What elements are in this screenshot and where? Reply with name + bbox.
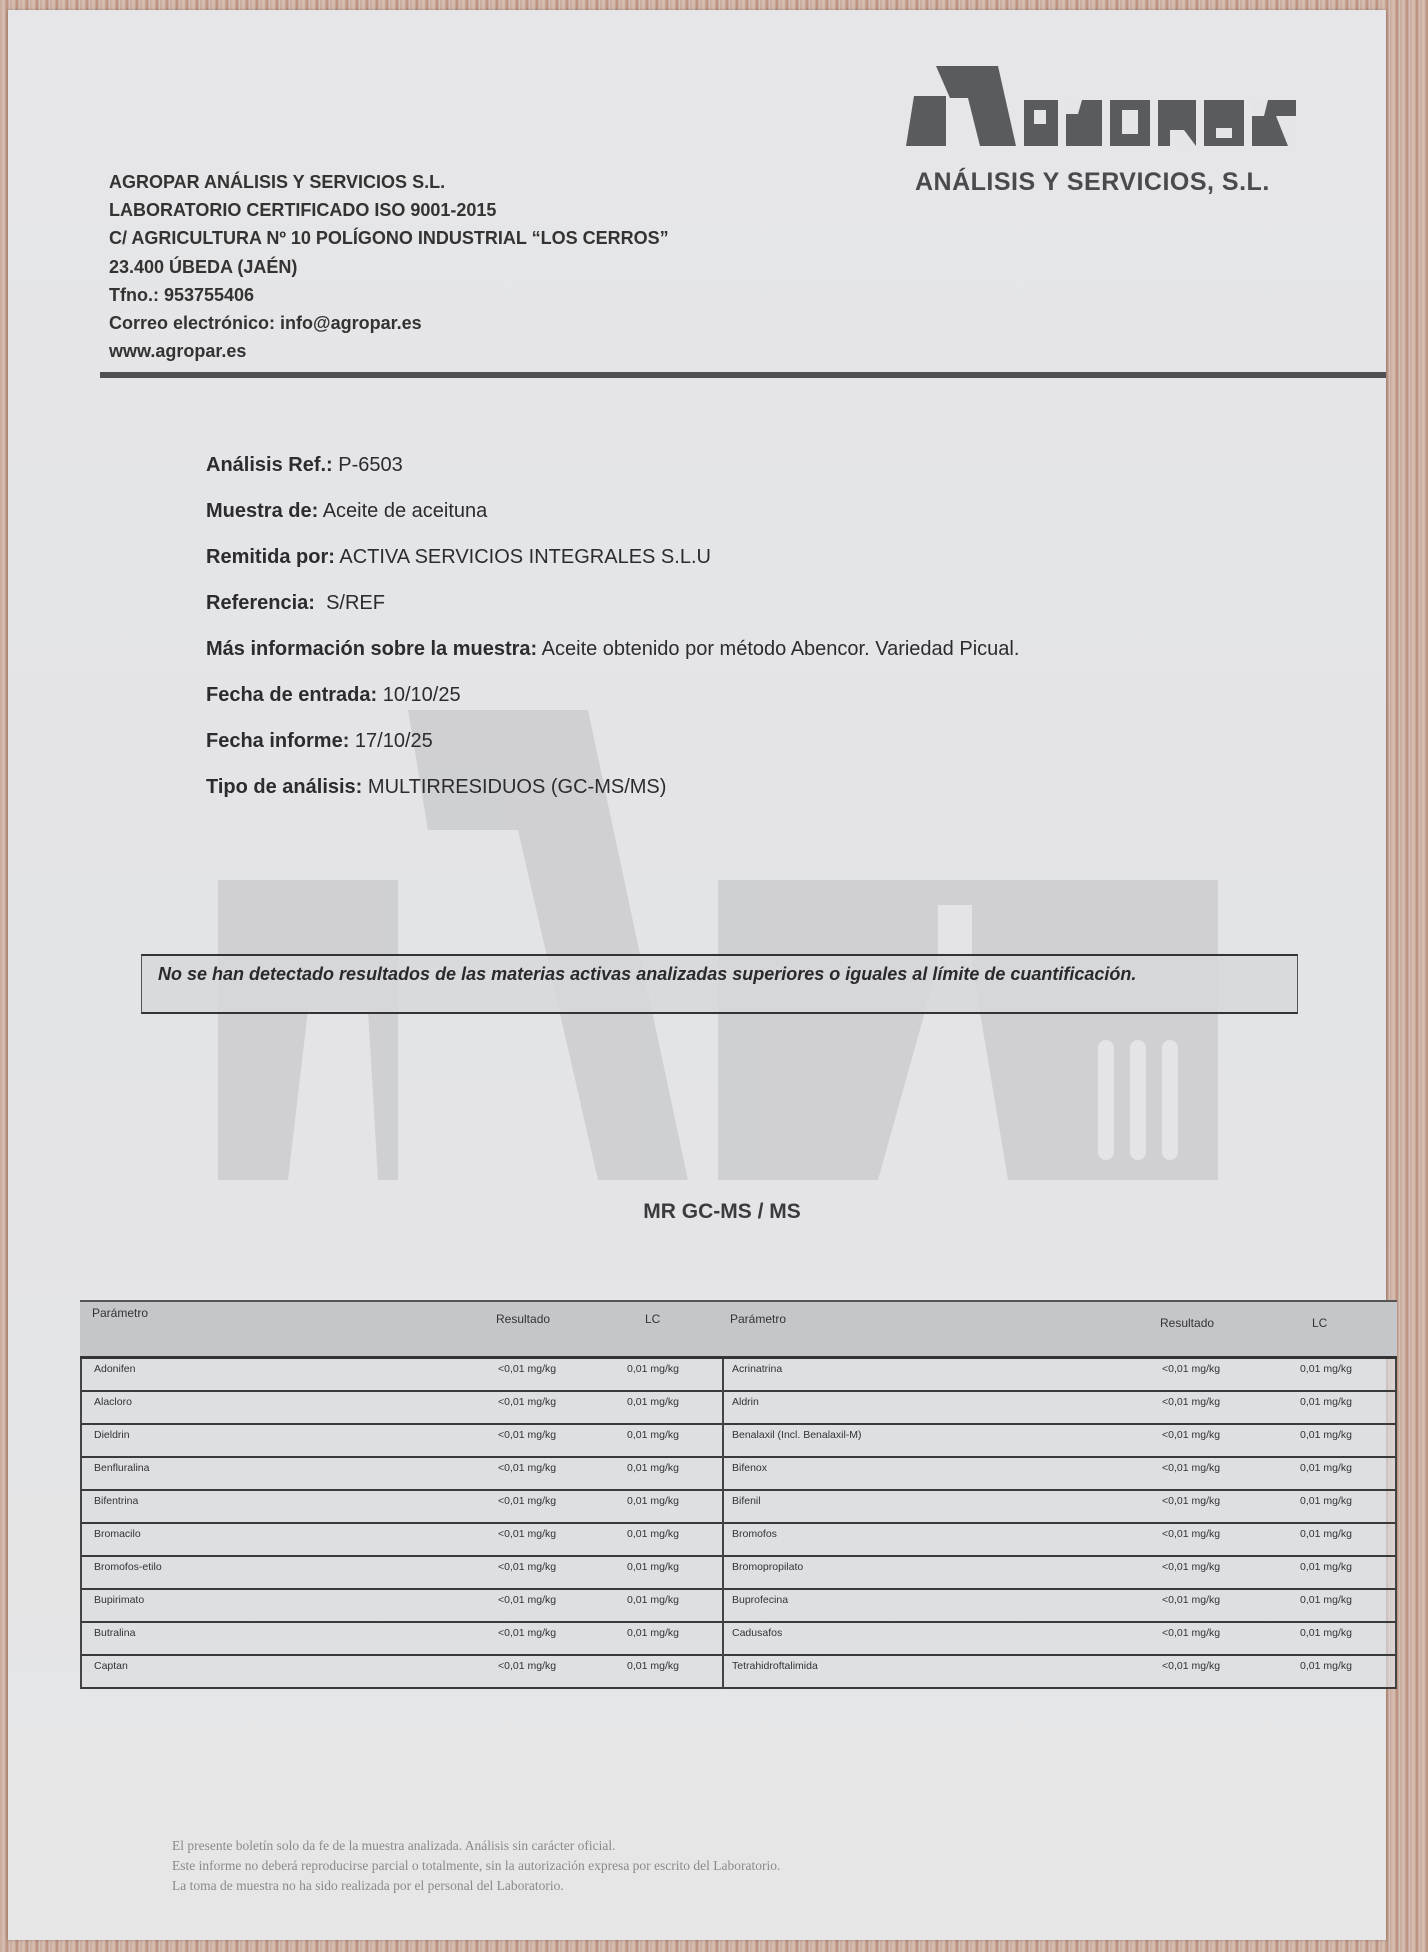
column-divider	[722, 1392, 724, 1425]
parametro-cell: Aldrin	[732, 1396, 759, 1408]
column-divider	[722, 1590, 724, 1623]
lc-cell: 0,01 mg/kg	[1300, 1528, 1352, 1540]
table-header: Parámetro Resultado LC Parámetro Resulta…	[80, 1300, 1397, 1359]
company-website: www.agropar.es	[109, 337, 669, 365]
parametro-cell: Bifenox	[732, 1462, 767, 1474]
lc-cell: 0,01 mg/kg	[1300, 1462, 1352, 1474]
parametro-cell: Benalaxil (Incl. Benalaxil-M)	[732, 1429, 862, 1441]
resultado-cell: <0,01 mg/kg	[1162, 1363, 1220, 1375]
parametro-cell: Butralina	[94, 1627, 135, 1639]
company-address: C/ AGRICULTURA Nº 10 POLÍGONO INDUSTRIAL…	[109, 224, 669, 252]
company-info: AGROPAR ANÁLISIS Y SERVICIOS S.L. LABORA…	[109, 168, 669, 365]
resultado-cell: <0,01 mg/kg	[498, 1495, 556, 1507]
lc-cell: 0,01 mg/kg	[627, 1363, 679, 1375]
lc-cell: 0,01 mg/kg	[627, 1429, 679, 1441]
lc-cell: 0,01 mg/kg	[627, 1561, 679, 1573]
lc-cell: 0,01 mg/kg	[1300, 1495, 1352, 1507]
resultado-cell: <0,01 mg/kg	[1162, 1627, 1220, 1639]
footer-line: La toma de muestra no ha sido realizada …	[172, 1876, 780, 1896]
company-name: AGROPAR ANÁLISIS Y SERVICIOS S.L.	[109, 168, 669, 196]
info-more-details: Más información sobre la muestra: Aceite…	[206, 638, 1019, 684]
parametro-cell: Bromofos	[732, 1528, 777, 1540]
parametro-cell: Bromacilo	[94, 1528, 141, 1540]
table-row: Captan<0,01 mg/kg0,01 mg/kgTetrahidrofta…	[80, 1656, 1397, 1689]
parametro-cell: Bromopropilato	[732, 1561, 803, 1573]
resultado-cell: <0,01 mg/kg	[498, 1462, 556, 1474]
lc-cell: 0,01 mg/kg	[627, 1660, 679, 1672]
logo-subtitle: ANÁLISIS Y SERVICIOS, S.L.	[915, 168, 1270, 197]
table-row: Dieldrin<0,01 mg/kg0,01 mg/kgBenalaxil (…	[80, 1425, 1397, 1458]
resultado-cell: <0,01 mg/kg	[1162, 1594, 1220, 1606]
lc-cell: 0,01 mg/kg	[1300, 1561, 1352, 1573]
resultado-cell: <0,01 mg/kg	[498, 1627, 556, 1639]
footer-disclaimer: El presente boletín solo da fe de la mue…	[172, 1836, 780, 1896]
lc-cell: 0,01 mg/kg	[627, 1495, 679, 1507]
header-lc-left: LC	[645, 1312, 660, 1326]
resultado-cell: <0,01 mg/kg	[498, 1396, 556, 1408]
agropar-logo-icon	[906, 66, 1328, 158]
header-parametro-right: Parámetro	[730, 1312, 786, 1326]
company-certification: LABORATORIO CERTIFICADO ISO 9001-2015	[109, 196, 669, 224]
header-divider	[100, 372, 1386, 378]
parametro-cell: Buprofecina	[732, 1594, 788, 1606]
table-body: Adonifen<0,01 mg/kg0,01 mg/kgAcrinatrina…	[80, 1359, 1397, 1689]
column-divider	[722, 1656, 724, 1689]
parametro-cell: Bupirimato	[94, 1594, 144, 1606]
resultado-cell: <0,01 mg/kg	[1162, 1528, 1220, 1540]
resultado-cell: <0,01 mg/kg	[498, 1660, 556, 1672]
column-divider	[722, 1557, 724, 1590]
column-divider	[722, 1359, 724, 1392]
footer-line: Este informe no deberá reproducirse parc…	[172, 1856, 780, 1876]
parametro-cell: Tetrahidroftalimida	[732, 1660, 818, 1672]
results-table: Parámetro Resultado LC Parámetro Resulta…	[80, 1300, 1397, 1689]
lc-cell: 0,01 mg/kg	[1300, 1594, 1352, 1606]
column-divider	[722, 1458, 724, 1491]
parametro-cell: Benfluralina	[94, 1462, 149, 1474]
company-city: 23.400 ÚBEDA (JAÉN)	[109, 253, 669, 281]
parametro-cell: Dieldrin	[94, 1429, 130, 1441]
table-row: Bupirimato<0,01 mg/kg0,01 mg/kgBuprofeci…	[80, 1590, 1397, 1623]
report-page: ANÁLISIS Y SERVICIOS, S.L. AGROPAR ANÁLI…	[8, 10, 1386, 1940]
table-row: Benfluralina<0,01 mg/kg0,01 mg/kgBifenox…	[80, 1458, 1397, 1491]
header-resultado-left: Resultado	[496, 1312, 550, 1326]
resultado-cell: <0,01 mg/kg	[498, 1363, 556, 1375]
resultado-cell: <0,01 mg/kg	[498, 1429, 556, 1441]
header-parametro-left: Parámetro	[92, 1306, 148, 1320]
parametro-cell: Captan	[94, 1660, 128, 1672]
parametro-cell: Cadusafos	[732, 1627, 782, 1639]
result-notice: No se han detectado resultados de las ma…	[141, 954, 1298, 1014]
lc-cell: 0,01 mg/kg	[627, 1627, 679, 1639]
column-divider	[722, 1491, 724, 1524]
info-report-date: Fecha informe: 17/10/25	[206, 730, 1019, 776]
table-row: Bromofos-etilo<0,01 mg/kg0,01 mg/kgBromo…	[80, 1557, 1397, 1590]
lc-cell: 0,01 mg/kg	[627, 1594, 679, 1606]
column-divider	[722, 1524, 724, 1557]
parametro-cell: Bifenil	[732, 1495, 761, 1507]
result-notice-text: No se han detectado resultados de las ma…	[158, 964, 1136, 985]
table-row: Alacloro<0,01 mg/kg0,01 mg/kgAldrin<0,01…	[80, 1392, 1397, 1425]
sample-info: Análisis Ref.: P-6503 Muestra de: Aceite…	[206, 454, 1019, 822]
info-analysis-type: Tipo de análisis: MULTIRRESIDUOS (GC-MS/…	[206, 776, 1019, 822]
lc-cell: 0,01 mg/kg	[627, 1396, 679, 1408]
table-row: Bromacilo<0,01 mg/kg0,01 mg/kgBromofos<0…	[80, 1524, 1397, 1557]
footer-line: El presente boletín solo da fe de la mue…	[172, 1836, 780, 1856]
section-title: MR GC-MS / MS	[8, 1200, 1428, 1224]
resultado-cell: <0,01 mg/kg	[498, 1528, 556, 1540]
resultado-cell: <0,01 mg/kg	[1162, 1396, 1220, 1408]
company-phone: Tfno.: 953755406	[109, 281, 669, 309]
lc-cell: 0,01 mg/kg	[1300, 1660, 1352, 1672]
info-analysis-ref: Análisis Ref.: P-6503	[206, 454, 1019, 500]
agropar-logo	[906, 66, 1328, 158]
resultado-cell: <0,01 mg/kg	[1162, 1495, 1220, 1507]
table-row: Bifentrina<0,01 mg/kg0,01 mg/kgBifenil<0…	[80, 1491, 1397, 1524]
parametro-cell: Acrinatrina	[732, 1363, 782, 1375]
column-divider	[722, 1425, 724, 1458]
table-row: Adonifen<0,01 mg/kg0,01 mg/kgAcrinatrina…	[80, 1359, 1397, 1392]
lc-cell: 0,01 mg/kg	[1300, 1627, 1352, 1639]
resultado-cell: <0,01 mg/kg	[1162, 1462, 1220, 1474]
resultado-cell: <0,01 mg/kg	[498, 1594, 556, 1606]
parametro-cell: Bifentrina	[94, 1495, 138, 1507]
info-sample-type: Muestra de: Aceite de aceituna	[206, 500, 1019, 546]
header-resultado-right: Resultado	[1160, 1316, 1214, 1330]
parametro-cell: Bromofos-etilo	[94, 1561, 162, 1573]
table-row: Butralina<0,01 mg/kg0,01 mg/kgCadusafos<…	[80, 1623, 1397, 1656]
lc-cell: 0,01 mg/kg	[627, 1462, 679, 1474]
resultado-cell: <0,01 mg/kg	[498, 1561, 556, 1573]
lc-cell: 0,01 mg/kg	[1300, 1396, 1352, 1408]
parametro-cell: Adonifen	[94, 1363, 135, 1375]
column-divider	[722, 1623, 724, 1656]
resultado-cell: <0,01 mg/kg	[1162, 1660, 1220, 1672]
parametro-cell: Alacloro	[94, 1396, 132, 1408]
info-submitted-by: Remitida por: ACTIVA SERVICIOS INTEGRALE…	[206, 546, 1019, 592]
info-entry-date: Fecha de entrada: 10/10/25	[206, 684, 1019, 730]
resultado-cell: <0,01 mg/kg	[1162, 1429, 1220, 1441]
lc-cell: 0,01 mg/kg	[1300, 1363, 1352, 1375]
company-email: Correo electrónico: info@agropar.es	[109, 309, 669, 337]
lc-cell: 0,01 mg/kg	[1300, 1429, 1352, 1441]
info-reference: Referencia: S/REF	[206, 592, 1019, 638]
lc-cell: 0,01 mg/kg	[627, 1528, 679, 1540]
resultado-cell: <0,01 mg/kg	[1162, 1561, 1220, 1573]
header-lc-right: LC	[1312, 1316, 1327, 1330]
